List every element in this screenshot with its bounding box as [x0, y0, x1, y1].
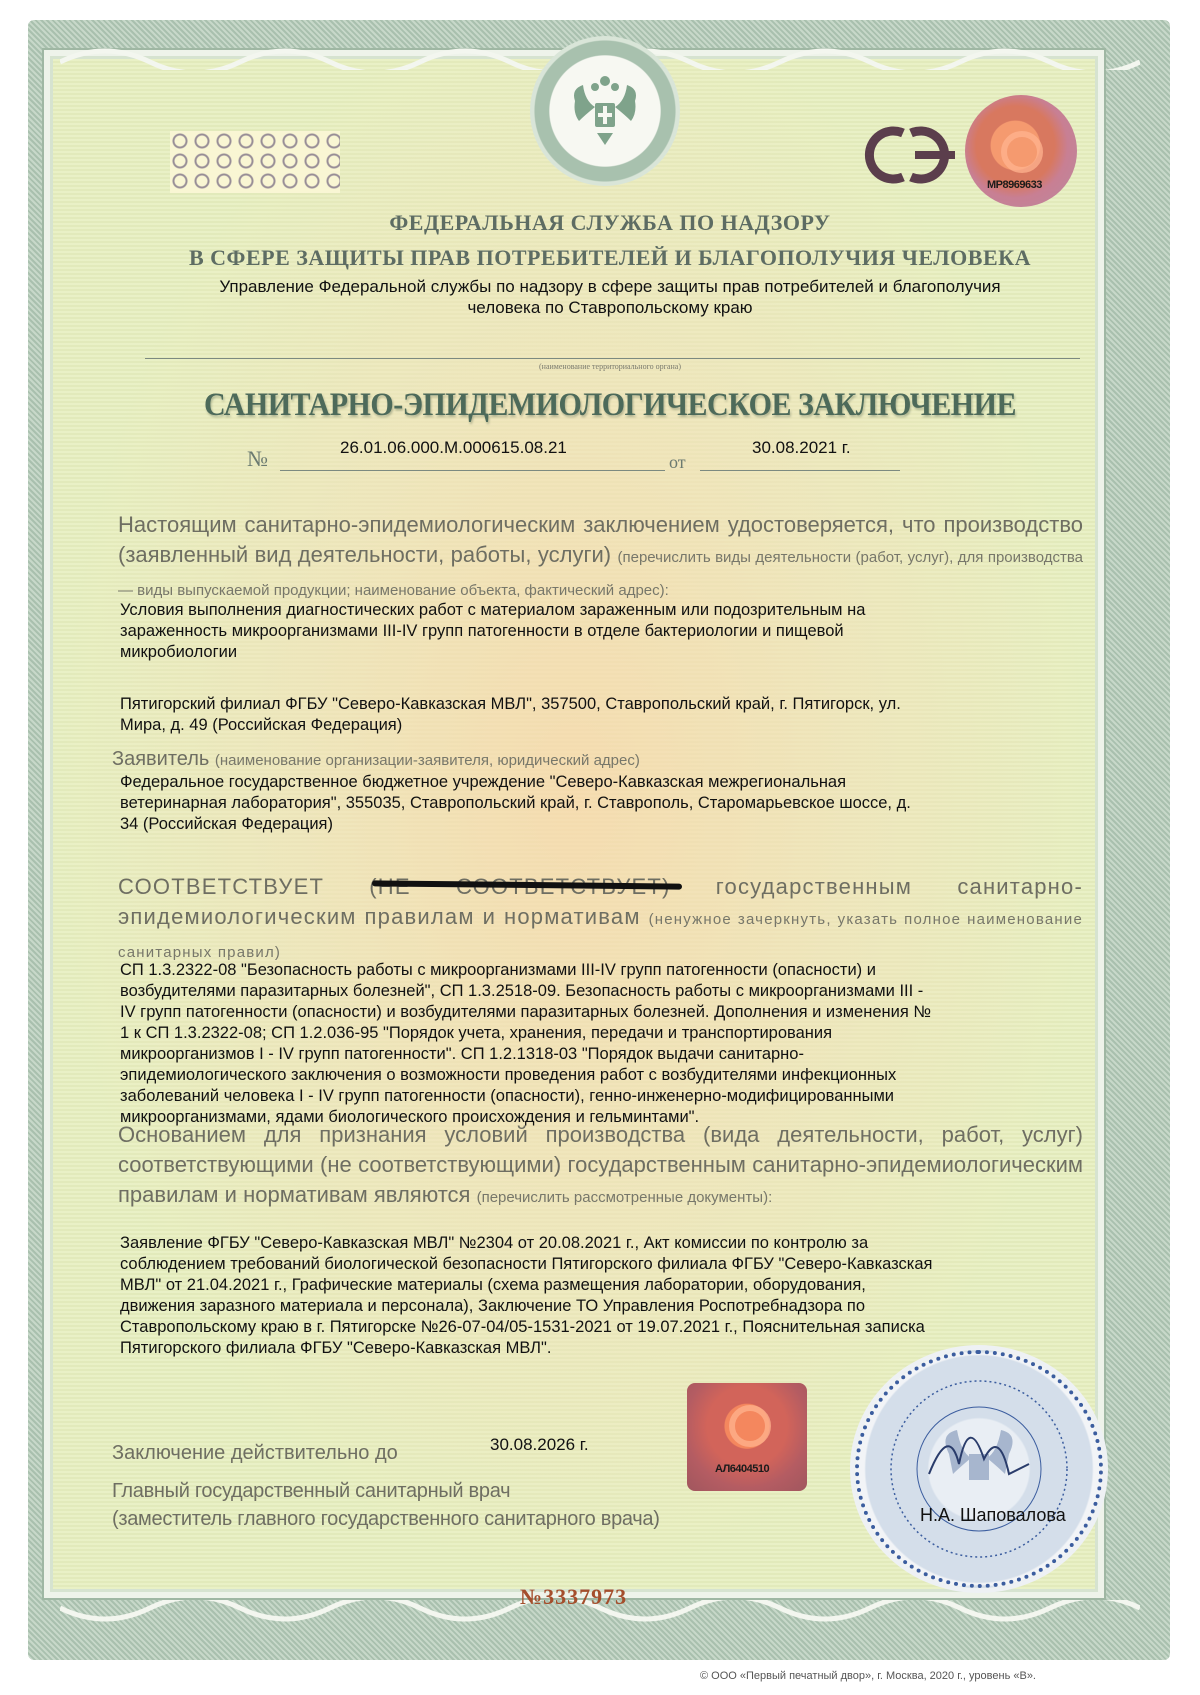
form-serial-number: №3337973 [520, 1584, 627, 1610]
document-line: МВЛ" от 21.04.2021 г., Графические матер… [120, 1275, 1095, 1296]
date-underline [700, 470, 900, 471]
applicant-heading: Заявитель (наименование организации-заяв… [112, 748, 640, 771]
hologram-glyph-icon [1001, 131, 1043, 173]
issuing-body-line-2: человека по Ставропольскому краю [110, 297, 1110, 318]
issuing-body-line-1: Управление Федеральной службы по надзору… [110, 276, 1110, 297]
valid-until-date: 30.08.2026 г. [490, 1435, 589, 1455]
facility-line-1: Пятигорский филиал ФГБУ "Северо-Кавказск… [120, 694, 1095, 715]
rule-line: СП 1.3.2322-08 "Безопасность работы с ми… [120, 960, 1095, 981]
facility-address: Пятигорский филиал ФГБУ "Северо-Кавказск… [120, 694, 1095, 736]
applicant-label: Заявитель [112, 748, 209, 770]
printer-footer: © ООО «Первый печатный двор», г. Москва,… [700, 1670, 1036, 1682]
cs-conformity-mark-icon [855, 115, 965, 195]
signer-title-line-1: Главный государственный санитарный врач [112, 1480, 510, 1503]
hologram-seal-bottom: АЛ6404510 [687, 1383, 807, 1491]
hologram-code-bottom: АЛ6404510 [715, 1463, 769, 1475]
activity-line-1: Условия выполнения диагностических работ… [120, 600, 1095, 621]
documents-list: Заявление ФГБУ "Северо-Кавказская МВЛ" №… [120, 1233, 1095, 1359]
activity-line-2: зараженность микроорганизмами III-IV гру… [120, 621, 1095, 642]
applicant-line-3: 34 (Российская Федерация) [120, 814, 1095, 835]
document-line: Ставропольскому краю в г. Пятигорске №26… [120, 1317, 1095, 1338]
hologram-glyph-icon [729, 1405, 771, 1447]
hologram-code-top: МР8969633 [987, 179, 1042, 191]
applicant-details: Федеральное государственное бюджетное уч… [120, 772, 1095, 835]
rules-list: СП 1.3.2322-08 "Безопасность работы с ми… [120, 960, 1095, 1128]
stamp-emblem-icon [859, 1354, 1099, 1584]
document-title: САНИТАРНО-ЭПИДЕМИОЛОГИЧЕСКОЕ ЗАКЛЮЧЕНИЕ [110, 386, 1110, 423]
issuing-body-caption: (наименование территориального органа) [110, 362, 1110, 371]
official-stamp [855, 1350, 1103, 1588]
rule-line: заболеваний человека I - IV групп патоге… [120, 1086, 1095, 1107]
activity-line-3: микробиологии [120, 642, 1095, 663]
divider-line [145, 358, 1080, 359]
header-line-2: В СФЕРЕ ЗАЩИТЫ ПРАВ ПОТРЕБИТЕЛЕЙ И БЛАГО… [110, 245, 1110, 271]
registration-number: 26.01.06.000.М.000615.08.21 [340, 438, 567, 458]
facility-line-2: Мира, д. 49 (Российская Федерация) [120, 715, 1095, 736]
activity-description: Условия выполнения диагностических работ… [120, 600, 1095, 663]
number-label: № [247, 446, 268, 472]
hologram-seal-top: МР8969633 [965, 95, 1077, 207]
document-line: соблюдением требований биологической без… [120, 1254, 1095, 1275]
issuing-body: Управление Федеральной службы по надзору… [110, 276, 1110, 318]
document-line: Заявление ФГБУ "Северо-Кавказская МВЛ" №… [120, 1233, 1095, 1254]
applicant-hint: (наименование организации-заявителя, юри… [215, 752, 640, 769]
rospotrebnadzor-emblem-icon [530, 36, 680, 186]
issue-date: 30.08.2021 г. [752, 438, 851, 458]
signer-title-line-2: (заместитель главного государственного с… [112, 1508, 660, 1531]
document-line: движения заразного материала и персонала… [120, 1296, 1095, 1317]
rule-line: IV групп патогенности (опасности) и возб… [120, 1002, 1095, 1023]
date-label: от [669, 452, 686, 473]
header-line-1: ФЕДЕРАЛЬНАЯ СЛУЖБА ПО НАДЗОРУ [110, 210, 1110, 236]
applicant-line-1: Федеральное государственное бюджетное уч… [120, 772, 1095, 793]
rule-line: возбудителями паразитарных болезней", СП… [120, 981, 1095, 1002]
basis-hint-text: (перечислить рассмотренные документы): [477, 1189, 773, 1206]
number-underline [280, 470, 665, 471]
basis-paragraph: Основанием для признания условий произво… [118, 1120, 1083, 1213]
intro-paragraph: Настоящим санитарно-эпидемиологическим з… [118, 510, 1083, 606]
applicant-line-2: ветеринарная лаборатория", 355035, Ставр… [120, 793, 1095, 814]
rule-line: эпидемиологического заключения о возможн… [120, 1065, 1095, 1086]
rule-line: микроорганизмов I - IV групп патогенност… [120, 1044, 1095, 1065]
rule-line: 1 к СП 1.3.2322-08; СП 1.2.036-95 "Поряд… [120, 1023, 1095, 1044]
valid-until-label: Заключение действительно до [112, 1442, 398, 1465]
security-pattern-patch [170, 131, 340, 193]
signer-name: Н.А. Шаповалова [920, 1505, 1066, 1526]
